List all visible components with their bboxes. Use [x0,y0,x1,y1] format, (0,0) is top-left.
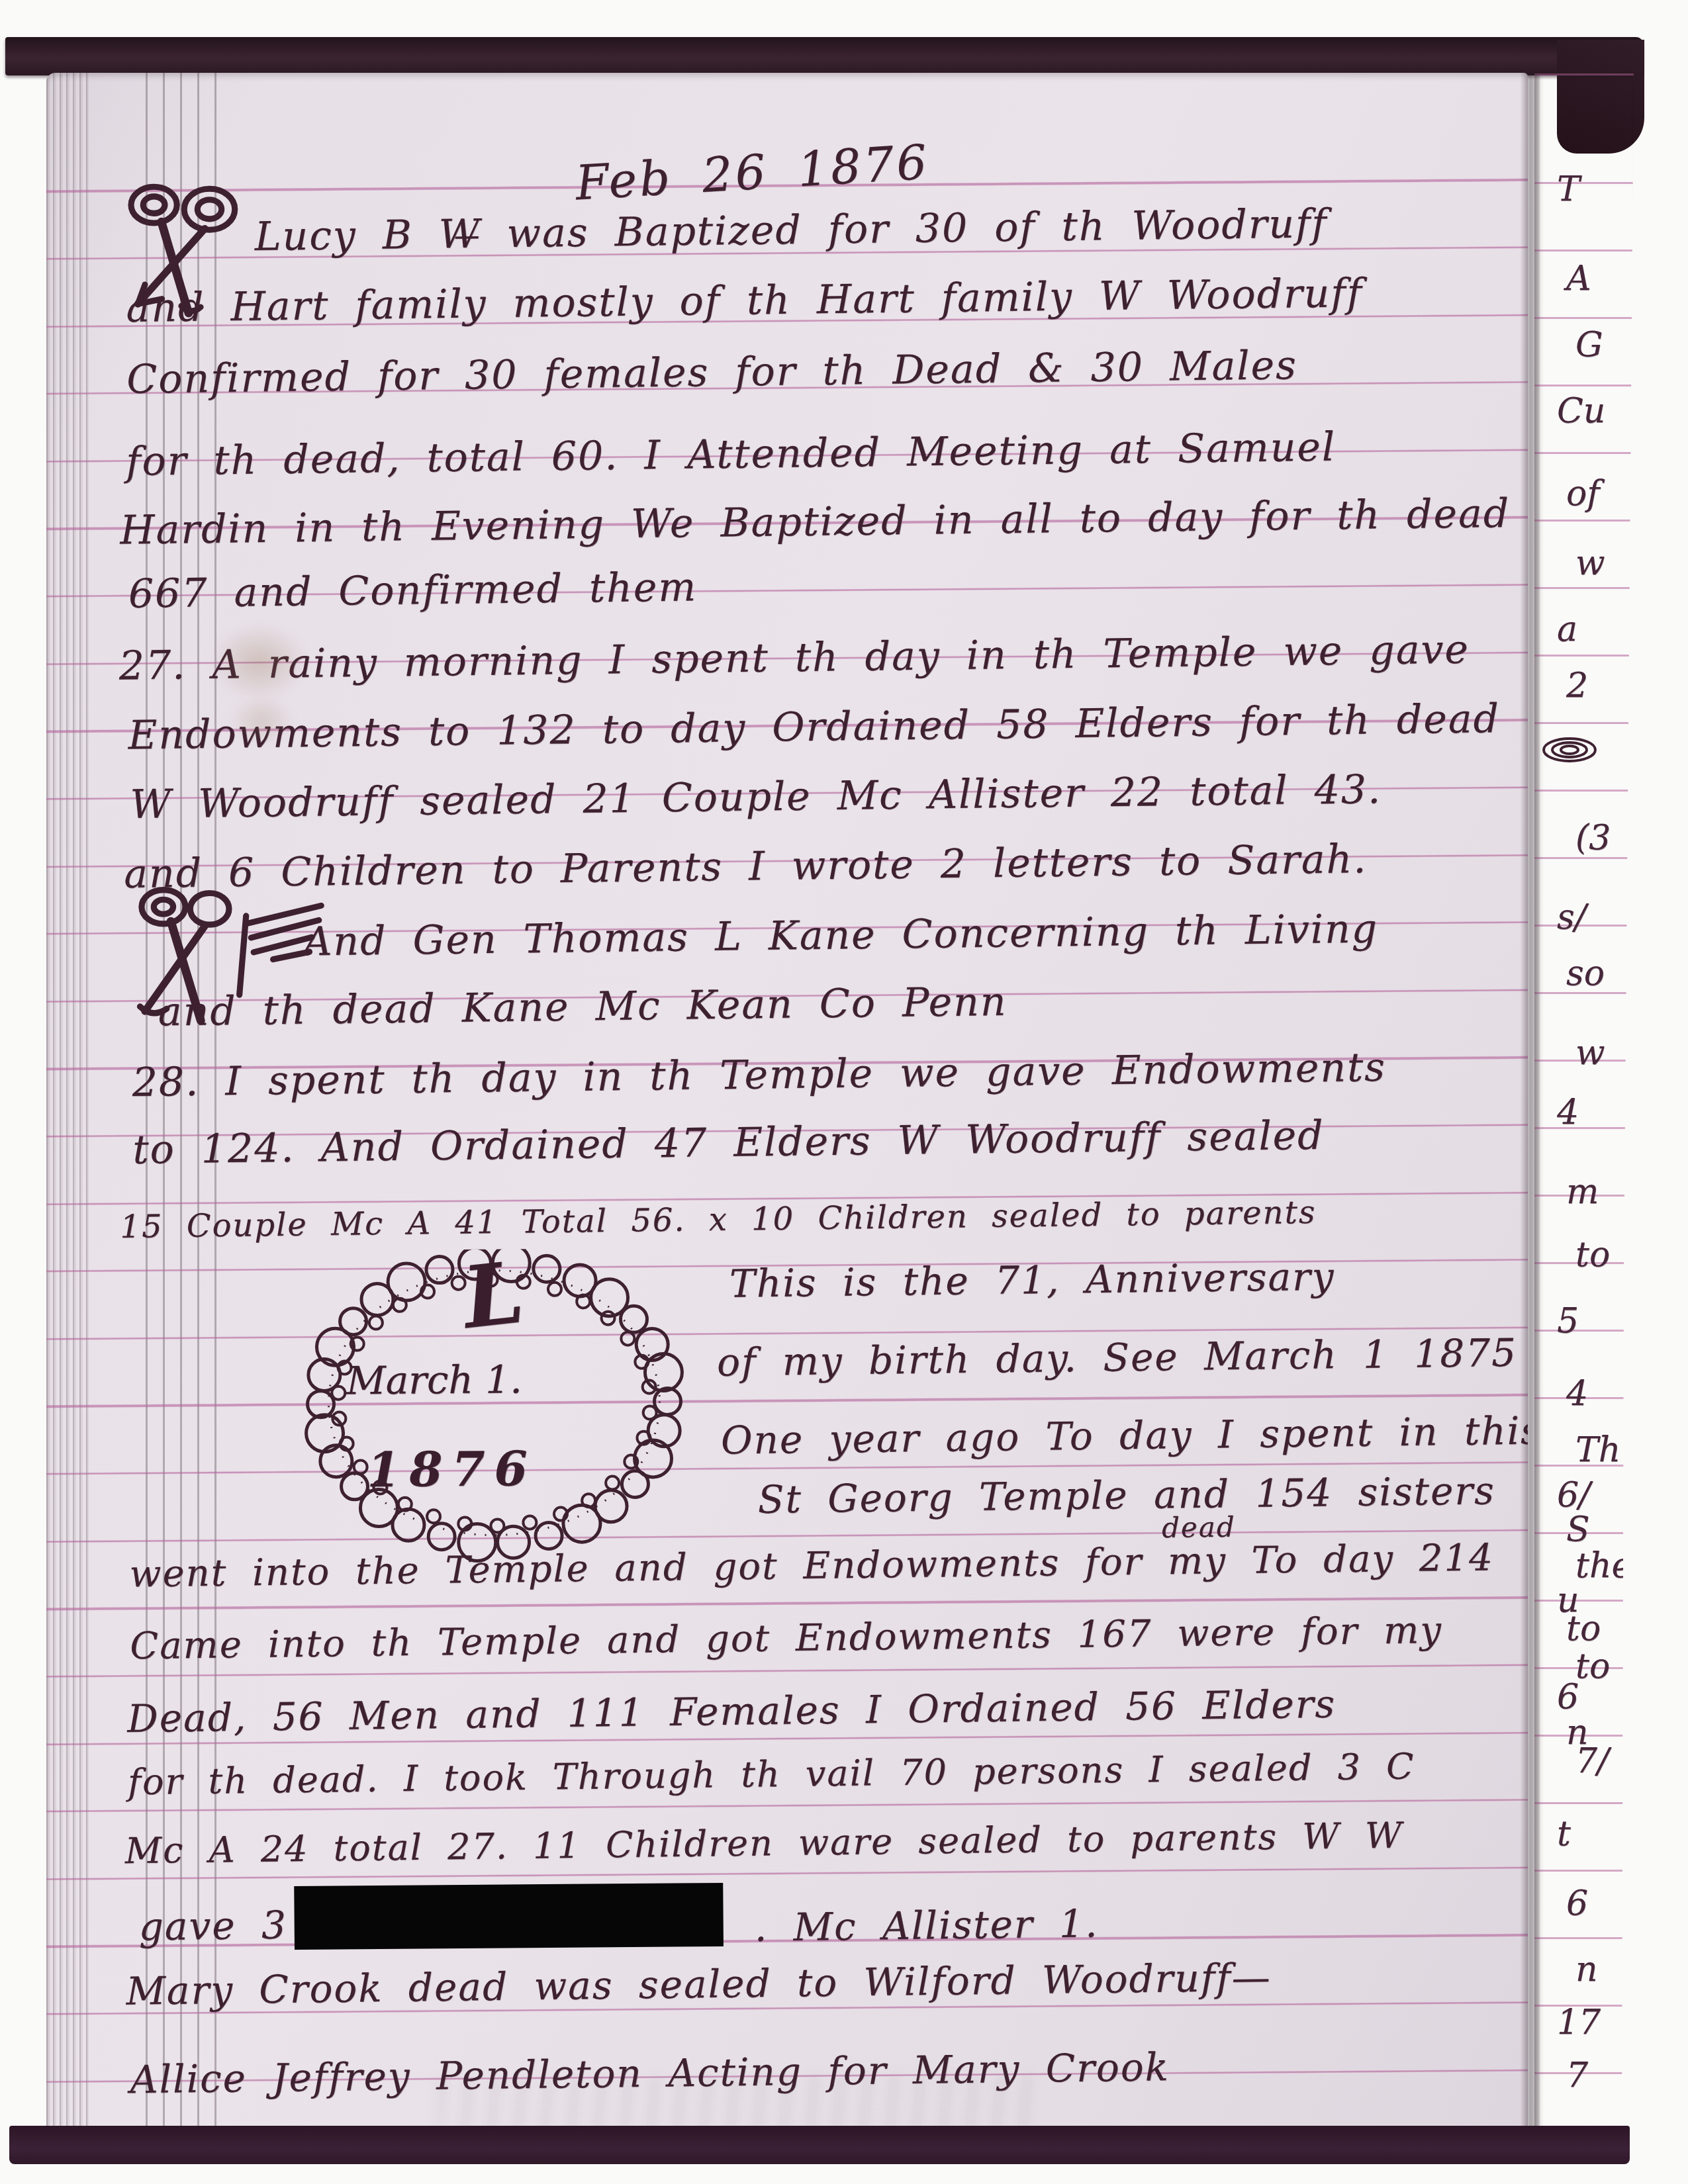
adjacent-page-text-fragment: s/ [1557,900,1586,934]
adjacent-page-text-fragment: 17 [1557,2005,1601,2040]
adjacent-page-text-fragment: 6/ [1557,1478,1591,1512]
adjacent-page-text-fragment: T [1557,172,1580,206]
journal-scan: Feb 26 1876 [0,0,1688,2184]
journal-line: St Georg Temple and 154 sisters [757,1471,1495,1519]
journal-line: and 6 Children to Parents I wrote 2 lett… [124,839,1368,894]
adjacent-page-text-fragment: 7 [1566,2058,1588,2093]
interlinear-note: dead [1162,1514,1236,1542]
journal-line: Confirmed for 30 females for th Dead & 3… [126,345,1297,400]
journal-line: and th dead Kane Mc Kean Co Penn [158,982,1007,1032]
next-page-edge: TAGCuofwa2(3s/sow4mto54Th6/Stheutoto6n7/… [1534,73,1634,2139]
wreath-year: 1876 [367,1445,537,1494]
journal-line: 667 and Confirmed them [128,567,698,614]
adjacent-page-text-fragment: 6 [1557,1680,1579,1714]
adjacent-page-text-fragment: A [1566,261,1591,296]
journal-line: This is the 71, Anniversary [729,1257,1335,1303]
adjacent-page-text-fragment: S [1566,1512,1590,1547]
journal-line: 27. A rainy morning I spent th day in th… [118,630,1470,686]
journal-line: 15 Couple Mc A 41 Total 56. x 10 Childre… [120,1197,1317,1243]
adjacent-page-text-fragment: to [1575,1238,1610,1272]
entry-date-heading: Feb 26 1876 [574,138,931,206]
adjacent-page-text-fragment: the [1575,1549,1632,1583]
adjacent-page-text-fragment: 7/ [1575,1744,1609,1778]
journal-line: Hardin in th Evening We Baptized in all … [120,494,1511,551]
adjacent-page-text-fragment: so [1566,956,1605,991]
ink-stain [228,694,295,747]
journal-line: of my birth day. See March 1 1875 [717,1334,1518,1382]
journal-line: gave 3 [138,1906,287,1946]
journal-line-after-redaction: . Mc Allister 1. [754,1904,1098,1946]
journal-line: And Gen Thomas L Kane Concerning th Livi… [303,909,1379,962]
journal-line: 28. I spent th day in th Temple we gave … [132,1048,1386,1103]
ruled-page-content: Feb 26 1876 [46,73,1528,2130]
adjacent-page-text-fragment: to [1575,1649,1610,1684]
journal-line: for th dead. I took Through th vail 70 p… [128,1749,1415,1800]
adjacent-page-text-fragment: 6 [1566,1886,1588,1921]
wreath-stamp: L March 1. 1876 [298,1248,698,1569]
adjacent-page-text-fragment: to [1566,1612,1601,1646]
adjacent-page-text-fragment: 5 [1557,1304,1579,1338]
adjacent-page-text-fragment: Th [1575,1433,1620,1467]
wreath-date: March 1. [346,1360,522,1400]
journal-line: for th dead, total 60. I Attended Meetin… [126,428,1336,482]
journal-line: Mc A 24 total 27. 11 Children ware seale… [124,1818,1403,1870]
redaction-box [294,1883,724,1950]
adjacent-page-text-fragment: t [1557,1817,1571,1851]
adjacent-page-text-fragment: a [1557,612,1577,647]
ink-stain [209,622,309,702]
journal-line: Dead, 56 Men and 111 Females I Ordained … [127,1685,1336,1738]
journal-left-page: Feb 26 1876 [46,73,1528,2130]
journal-line: Mary Crook dead was sealed to Wilford Wo… [126,1958,1272,2011]
adjacent-page-text-fragment: n [1575,1952,1598,1987]
journal-line: and Hart family mostly of th Hart family… [126,273,1363,328]
journal-line: W Woodruff sealed 21 Couple Mc Allister … [130,770,1382,825]
adjacent-page-text-fragment: (3 [1575,821,1611,855]
adjacent-page-text-fragment: m [1566,1175,1599,1209]
adjacent-page-text-fragment: 4 [1566,1377,1588,1411]
ink-bleed-smudge [438,2073,1035,2130]
adjacent-page-text-fragment: G [1575,328,1603,362]
journal-line: Endowments to 132 to day Ordained 58 Eld… [128,699,1500,755]
adjacent-page-text-fragment: w [1575,546,1605,580]
journal-line: Lucy B W̶ was Baptized for 30 of th Wood… [254,204,1327,257]
ink-scribble-icon [1541,735,1598,765]
journal-line: One year ago To day I spent in this [721,1411,1528,1459]
adjacent-page-text-fragment: Cu [1557,394,1605,428]
adjacent-page-text-fragment: 4 [1557,1095,1579,1130]
journal-line: to 124. And Ordained 47 Elders W Woodruf… [132,1116,1325,1170]
adjacent-page-text-fragment: w [1575,1036,1605,1070]
journal-line: Came into th Temple and got Endowments 1… [130,1612,1442,1665]
adjacent-page-text-fragment: of [1566,477,1600,511]
adjacent-page-text-fragment: 2 [1566,668,1588,703]
book-binding-top [5,37,1643,75]
book-binding-bottom [9,2126,1630,2164]
wreath-monogram: L [459,1250,528,1341]
